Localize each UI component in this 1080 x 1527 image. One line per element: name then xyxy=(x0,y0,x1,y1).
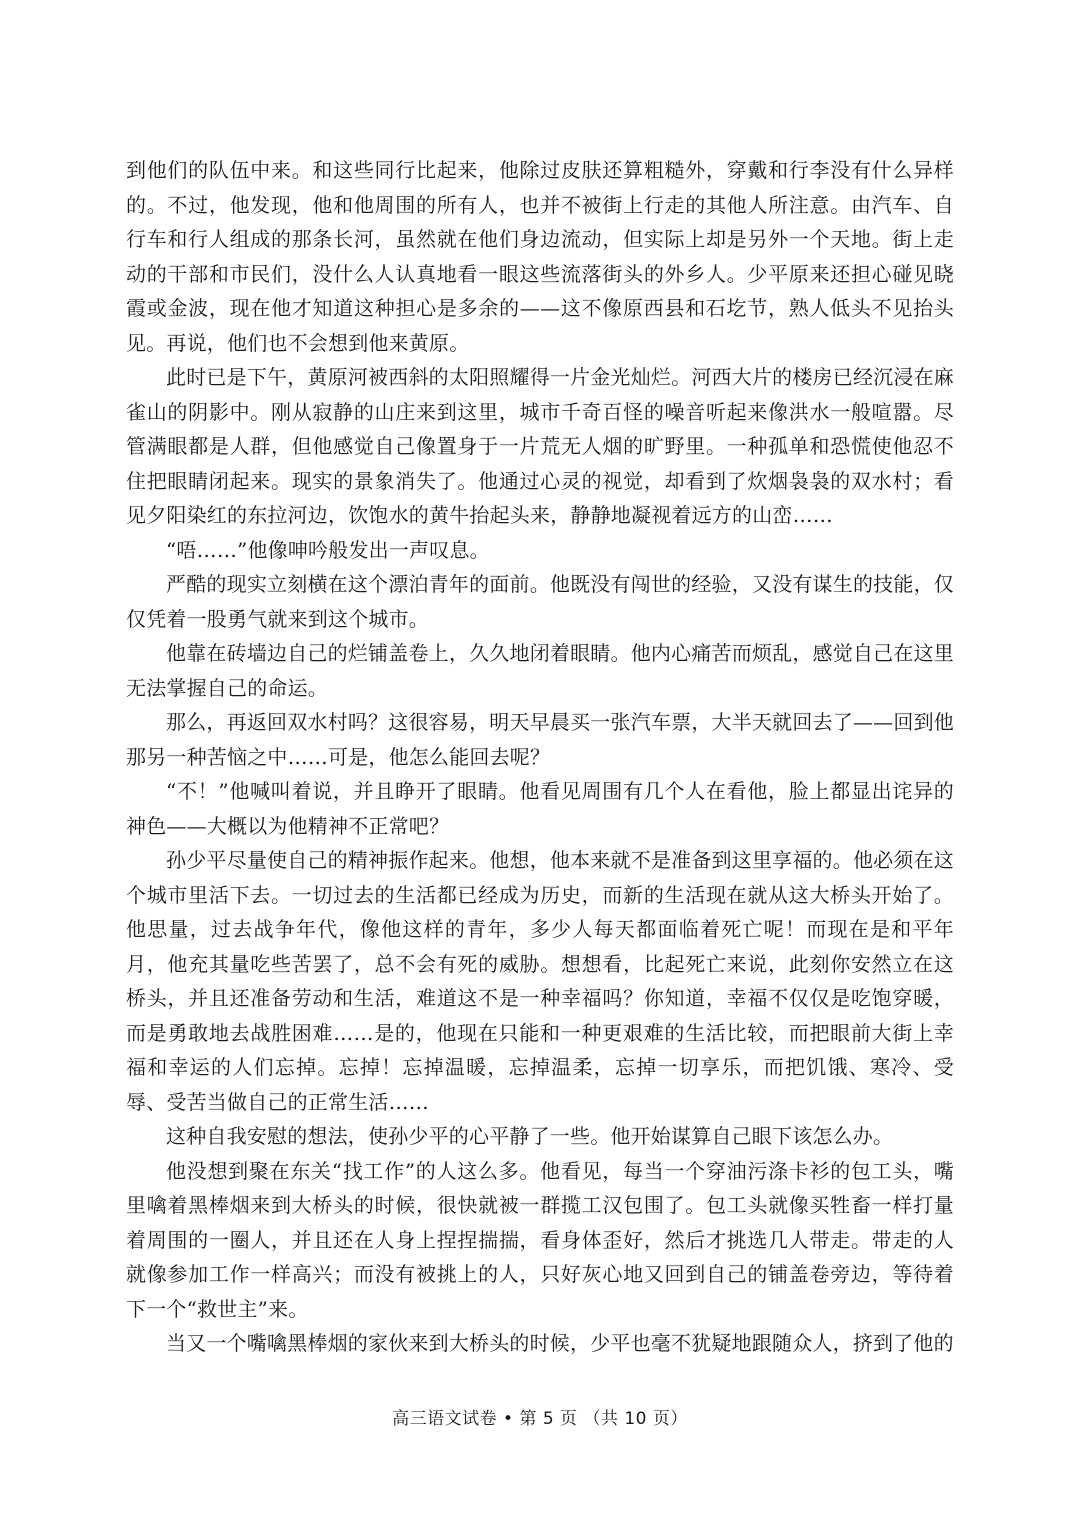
paragraph: 严酷的现实立刻横在这个漂泊青年的面前。他既没有闯世的经验，又没有谋生的技能，仅仅… xyxy=(126,567,954,636)
paragraph: “唔……”他像呻吟般发出一声叹息。 xyxy=(126,533,954,568)
paragraph: 到他们的队伍中来。和这些同行比起来，他除过皮肤还算粗糙外，穿戴和行李没有什么异样… xyxy=(126,153,954,360)
paragraph: 此时已是下午，黄原河被西斜的太阳照耀得一片金光灿烂。河西大片的楼房已经沉浸在麻雀… xyxy=(126,360,954,533)
paragraph: 孙少平尽量使自己的精神振作起来。他想，他本来就不是准备到这里享福的。他必须在这个… xyxy=(126,843,954,1119)
paragraph: 当又一个嘴噙黑棒烟的家伙来到大桥头的时候，少平也毫不犹疑地跟随众人，挤到了他的 xyxy=(126,1326,954,1361)
paragraph: 他没想到聚在东关“找工作”的人这么多。他看见，每当一个穿油污涤卡衫的包工头，嘴里… xyxy=(126,1154,954,1327)
paragraph: “不！”他喊叫着说，并且睁开了眼睛。他看见周围有几个人在看他，脸上都显出诧异的神… xyxy=(126,774,954,843)
paragraph: 这种自我安慰的想法，使孙少平的心平静了一些。他开始谋算自己眼下该怎么办。 xyxy=(126,1119,954,1154)
document-body: 到他们的队伍中来。和这些同行比起来，他除过皮肤还算粗糙外，穿戴和行李没有什么异样… xyxy=(126,153,954,1361)
page-footer: 高三语文试卷 • 第 5 页 （共 10 页） xyxy=(0,1404,1080,1429)
paragraph: 那么，再返回双水村吗？这很容易，明天早晨买一张汽车票，大半天就回去了——回到他那… xyxy=(126,705,954,774)
paragraph: 他靠在砖墙边自己的烂铺盖卷上，久久地闭着眼睛。他内心痛苦而烦乱，感觉自己在这里无… xyxy=(126,636,954,705)
